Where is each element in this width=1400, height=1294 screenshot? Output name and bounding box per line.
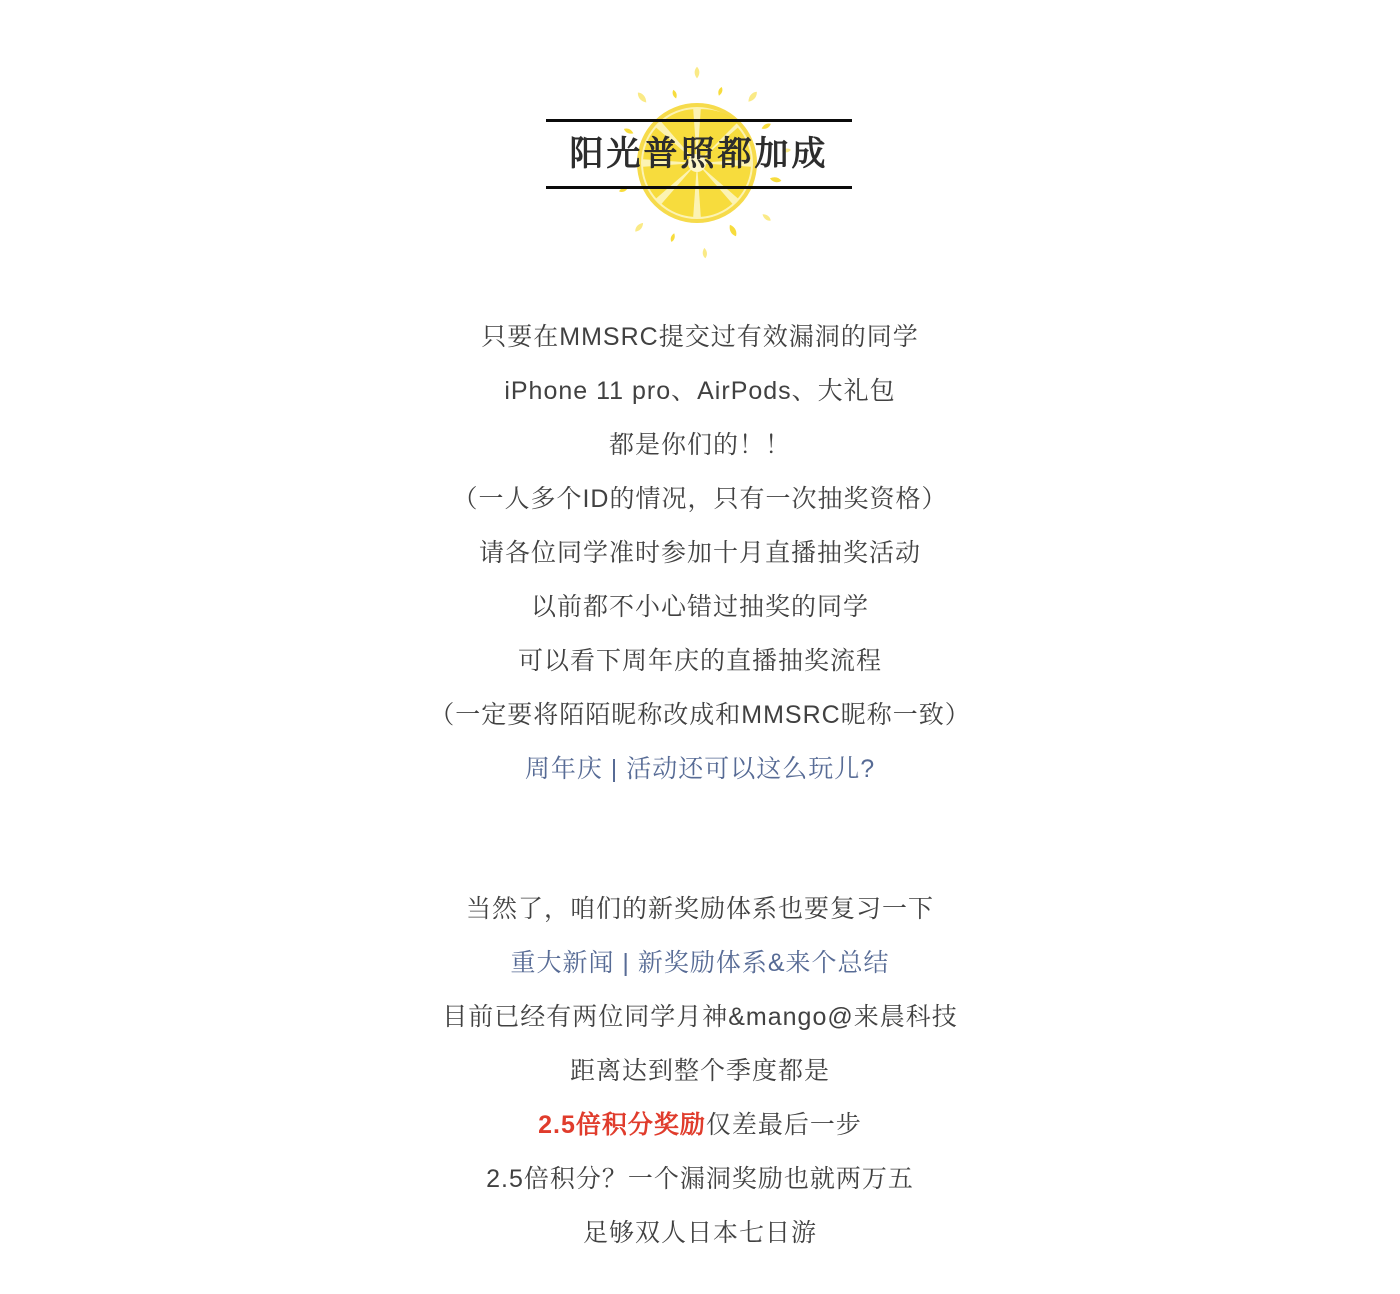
page-title: 阳光普照都加成 [546,122,852,186]
text-line-yours: 都是你们的！！ [0,418,1400,472]
text-line-process: 可以看下周年庆的直播抽奖流程 [0,634,1400,688]
bonus-suffix: 仅差最后一步 [706,1111,862,1139]
text-line-prizes: iPhone 11 pro、AirPods、大礼包 [0,364,1400,418]
text-line-attend: 请各位同学准时参加十月直播抽奖活动 [0,526,1400,580]
text-line-review-intro: 当然了，咱们的新奖励体系也要复习一下 [0,882,1400,936]
article-body: 只要在MMSRC提交过有效漏洞的同学 iPhone 11 pro、AirPods… [0,310,1400,1260]
anniversary-link-row: 周年庆 | 活动还可以这么玩儿? [0,742,1400,796]
text-line-missed: 以前都不小心错过抽奖的同学 [0,580,1400,634]
text-line-nickname-rule: （一定要将陌陌昵称改成和MMSRC昵称一致） [0,688,1400,742]
text-line-eligibility: 只要在MMSRC提交过有效漏洞的同学 [0,310,1400,364]
news-link-row: 重大新闻 | 新奖励体系&来个总结 [0,936,1400,990]
text-line-bonus: 2.5倍积分奖励仅差最后一步 [0,1098,1400,1152]
header: 阳光普照都加成 [546,119,852,189]
text-line-value: 2.5倍积分？一个漏洞奖励也就两万五 [0,1152,1400,1206]
text-line-closing: 足够双人日本七日游 [0,1206,1400,1260]
reward-system-article-link[interactable]: 重大新闻 | 新奖励体系&来个总结 [510,949,889,977]
paragraph-spacer [0,812,1400,866]
anniversary-article-link[interactable]: 周年庆 | 活动还可以这么玩儿? [525,755,875,783]
article-page: 阳光普照都加成 只要在MMSRC提交过有效漏洞的同学 iPhone 11 pro… [0,0,1400,1294]
title-rule-bottom [546,186,852,189]
text-line-distance: 距离达到整个季度都是 [0,1044,1400,1098]
bonus-highlight: 2.5倍积分奖励 [538,1111,706,1139]
text-line-id-rule: （一人多个ID的情况，只有一次抽奖资格） [0,472,1400,526]
text-line-progress: 目前已经有两位同学月神&mango@来晨科技 [0,990,1400,1044]
